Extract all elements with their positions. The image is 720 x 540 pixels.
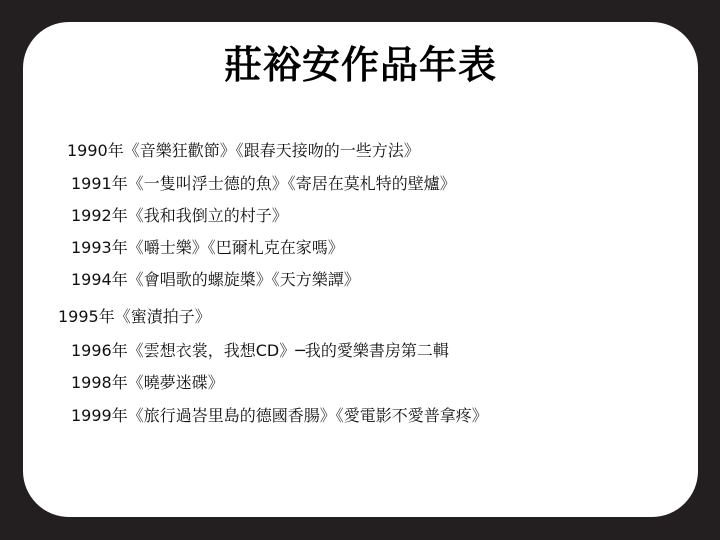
list-item-1990: 1990年《音樂狂歡節》《跟春天接吻的一些方法》 <box>67 141 420 161</box>
list-item-1995: 1995年《蜜漬拍子》 <box>58 307 211 327</box>
work-year: 1998年 <box>71 373 128 392</box>
work-titles: 《嚼士樂》《巴爾札克在家嗎》 <box>128 238 344 257</box>
list-item-1996: 1996年《雲想衣裳，我想CD》─我的愛樂書房第二輯 <box>71 341 449 361</box>
work-year: 1995年 <box>58 307 115 326</box>
work-titles: 《一隻叫浮士德的魚》《寄居在莫札特的壁爐》 <box>128 174 456 193</box>
list-item-1998: 1998年《曉夢迷碟》 <box>71 373 224 393</box>
slide-title: 莊裕安作品年表 <box>23 42 698 88</box>
work-year: 1996年 <box>71 341 128 360</box>
work-titles: 《蜜漬拍子》 <box>115 307 211 326</box>
work-titles: 《曉夢迷碟》 <box>128 373 224 392</box>
work-year: 1993年 <box>71 238 128 257</box>
work-titles: 《雲想衣裳，我想CD》─我的愛樂書房第二輯 <box>128 341 449 360</box>
slide-panel: 莊裕安作品年表 1990年《音樂狂歡節》《跟春天接吻的一些方法》 1991年《一… <box>23 22 698 517</box>
work-year: 1999年 <box>71 406 128 425</box>
list-item-1999: 1999年《旅行過峇里島的德國香腸》《愛電影不愛普拿疼》 <box>71 406 488 426</box>
work-year: 1990年 <box>67 141 124 160</box>
work-titles: 《旅行過峇里島的德國香腸》《愛電影不愛普拿疼》 <box>128 406 488 425</box>
work-titles: 《我和我倒立的村子》 <box>128 206 288 225</box>
list-item-1994: 1994年《會唱歌的螺旋槳》《天方樂譚》 <box>71 270 360 290</box>
work-titles: 《音樂狂歡節》《跟春天接吻的一些方法》 <box>124 141 420 160</box>
work-year: 1994年 <box>71 270 128 289</box>
work-titles: 《會唱歌的螺旋槳》《天方樂譚》 <box>128 270 360 289</box>
work-year: 1991年 <box>71 174 128 193</box>
list-item-1991: 1991年《一隻叫浮士德的魚》《寄居在莫札特的壁爐》 <box>71 174 456 194</box>
work-year: 1992年 <box>71 206 128 225</box>
list-item-1993: 1993年《嚼士樂》《巴爾札克在家嗎》 <box>71 238 344 258</box>
list-item-1992: 1992年《我和我倒立的村子》 <box>71 206 288 226</box>
